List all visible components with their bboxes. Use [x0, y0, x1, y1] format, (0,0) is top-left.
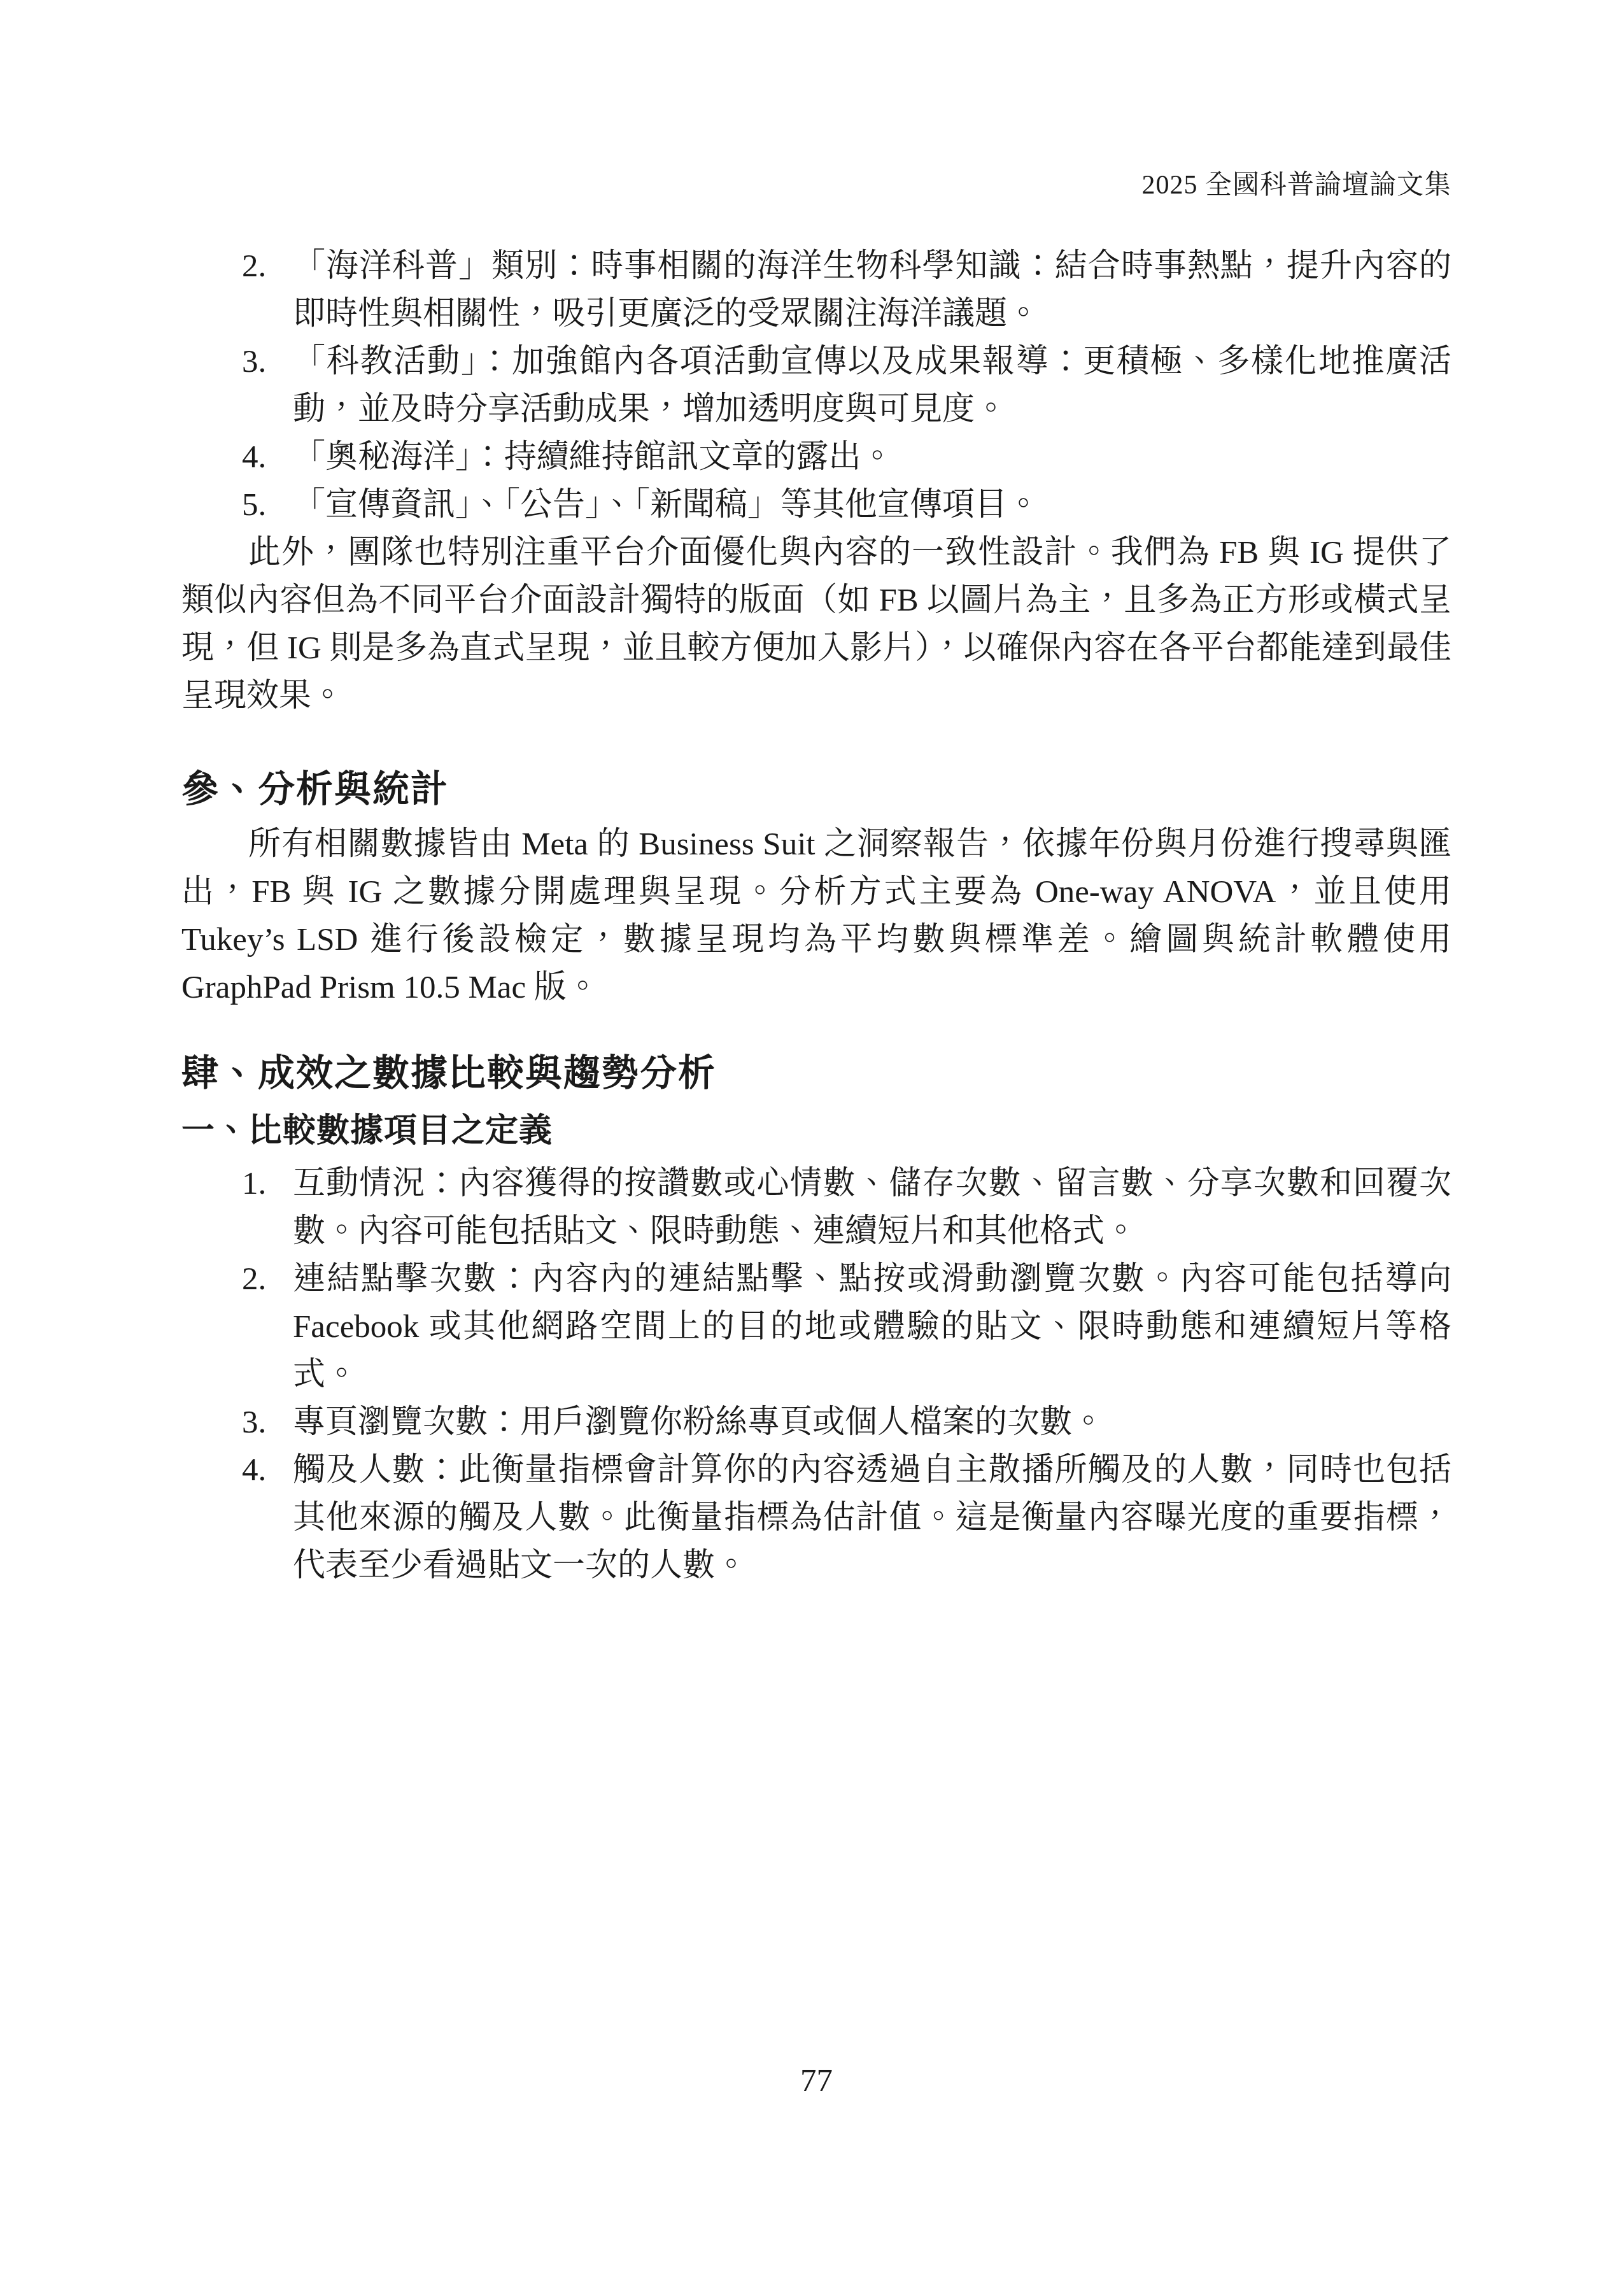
- list-item-text: 連結點擊次數：內容內的連結點擊、點按或滑動瀏覽次數。內容可能包括導向 Faceb…: [293, 1256, 1451, 1399]
- list-marker: 2.: [242, 243, 293, 290]
- content-block-categories: 2. 「海洋科普」類別：時事相關的海洋生物科學知識：結合時事熱點，提升內容的即時…: [181, 243, 1451, 720]
- paragraph-platform-design: 此外，團隊也特別注重平台介面優化與內容的一致性設計。我們為 FB 與 IG 提供…: [181, 529, 1451, 720]
- list-item: 5. 「宣傳資訊」、「公告」、「新聞稿」等其他宣傳項目。: [181, 481, 1451, 529]
- section-heading-analysis: 參、分析與統計: [181, 764, 1451, 815]
- list-item: 2. 「海洋科普」類別：時事相關的海洋生物科學知識：結合時事熱點，提升內容的即時…: [181, 243, 1451, 338]
- running-head: 2025 全國科普論壇論文集: [181, 169, 1451, 201]
- list-item: 4. 「奧秘海洋」：持續維持館訊文章的露出。: [181, 434, 1451, 481]
- list-item-text: 「宣傳資訊」、「公告」、「新聞稿」等其他宣傳項目。: [293, 481, 1451, 529]
- content-block-definitions: 1. 互動情況：內容獲得的按讚數或心情數、儲存次數、留言數、分享次數和回覆次數。…: [181, 1160, 1451, 1590]
- list-item: 4. 觸及人數：此衡量指標會計算你的內容透過自主散播所觸及的人數，同時也包括其他…: [181, 1447, 1451, 1590]
- list-item: 3. 專頁瀏覽次數：用戶瀏覽你粉絲專頁或個人檔案的次數。: [181, 1399, 1451, 1447]
- list-item-text: 專頁瀏覽次數：用戶瀏覽你粉絲專頁或個人檔案的次數。: [293, 1399, 1451, 1447]
- section-heading-comparison: 肆、成效之數據比較與趨勢分析: [181, 1048, 1451, 1099]
- list-marker: 3.: [242, 1399, 293, 1447]
- list-item-text: 觸及人數：此衡量指標會計算你的內容透過自主散播所觸及的人數，同時也包括其他來源的…: [293, 1447, 1451, 1590]
- list-item-text: 「海洋科普」類別：時事相關的海洋生物科學知識：結合時事熱點，提升內容的即時性與相…: [293, 243, 1451, 338]
- list-marker: 3.: [242, 338, 293, 386]
- list-marker: 4.: [242, 1447, 293, 1494]
- paragraph-analysis-methods: 所有相關數據皆由 Meta 的 Business Suit 之洞察報告，依據年份…: [181, 821, 1451, 1012]
- list-marker: 2.: [242, 1256, 293, 1303]
- list-marker: 5.: [242, 481, 293, 529]
- list-item-text: 「奧秘海洋」：持續維持館訊文章的露出。: [293, 434, 1451, 481]
- list-item: 2. 連結點擊次數：內容內的連結點擊、點按或滑動瀏覽次數。內容可能包括導向 Fa…: [181, 1256, 1451, 1399]
- list-item: 1. 互動情況：內容獲得的按讚數或心情數、儲存次數、留言數、分享次數和回覆次數。…: [181, 1160, 1451, 1256]
- list-item-text: 互動情況：內容獲得的按讚數或心情數、儲存次數、留言數、分享次數和回覆次數。內容可…: [293, 1160, 1451, 1256]
- document-page: 2025 全國科普論壇論文集 2. 「海洋科普」類別：時事相關的海洋生物科學知識…: [0, 0, 1624, 2278]
- subsection-heading-definitions: 一、比較數據項目之定義: [181, 1107, 1451, 1156]
- list-item-text: 「科教活動」：加強館內各項活動宣傳以及成果報導：更積極、多樣化地推廣活動，並及時…: [293, 338, 1451, 434]
- list-marker: 4.: [242, 434, 293, 481]
- page-number: 77: [181, 2062, 1451, 2100]
- list-marker: 1.: [242, 1160, 293, 1208]
- list-item: 3. 「科教活動」：加強館內各項活動宣傳以及成果報導：更積極、多樣化地推廣活動，…: [181, 338, 1451, 434]
